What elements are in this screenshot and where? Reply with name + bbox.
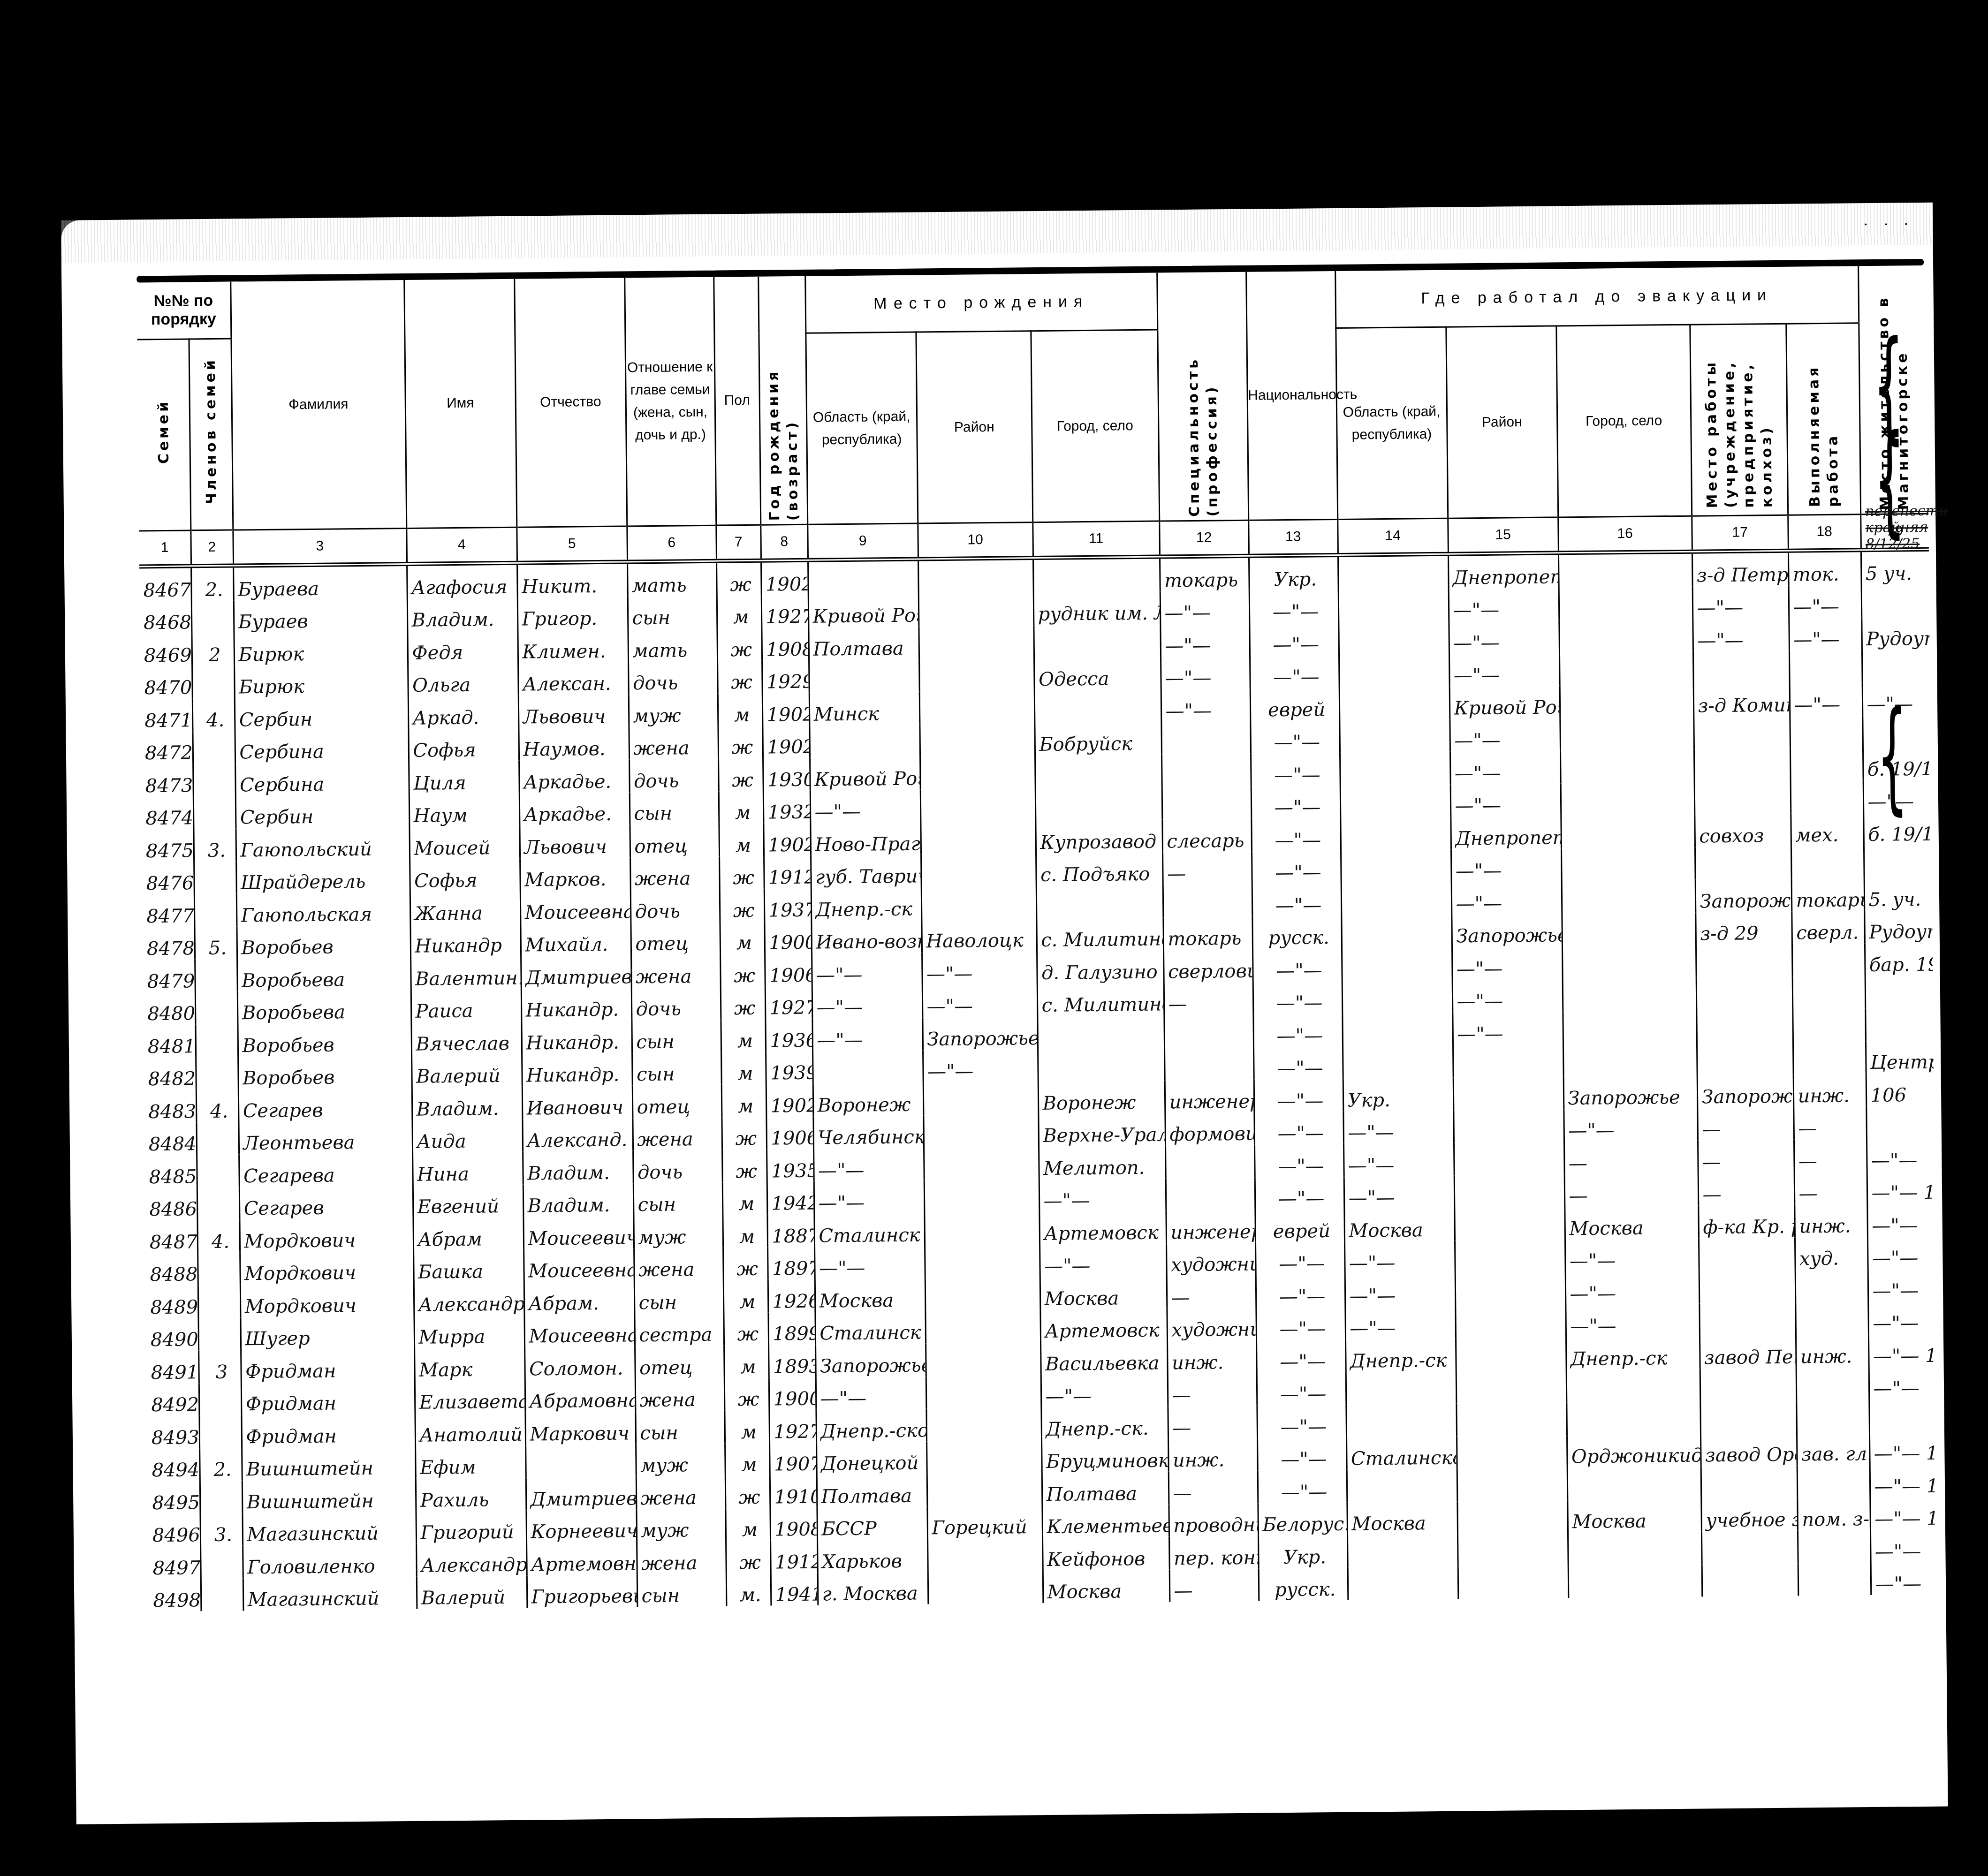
cell-nat: —"— — [1255, 1241, 1345, 1275]
cell-w-place: з-д Коминтерн — [1693, 683, 1790, 717]
cell-obl: —"— — [812, 952, 922, 986]
cell-w-rayon: —"— — [1452, 946, 1563, 980]
col-num: 12 — [1159, 520, 1249, 557]
cell-patr: Наумов. — [518, 727, 629, 761]
header-birthplace-group: Место рождения — [805, 273, 1157, 333]
cell-name: Елизавета — [415, 1380, 525, 1414]
cell-name: Башка — [413, 1249, 524, 1283]
cell-w-rayon: —"— — [1450, 750, 1561, 784]
cell-nat: —"— — [1254, 1144, 1344, 1177]
cell-name: Владим. — [407, 598, 518, 631]
col-num: 8 — [760, 524, 808, 560]
cell-w-rayon — [1457, 1500, 1568, 1534]
header-work-group: Где работал до эвакуации — [1335, 266, 1859, 328]
cell-patr: Михайл. — [520, 923, 631, 956]
cell-rayon — [925, 1245, 1040, 1278]
cell-w-place — [1696, 1009, 1793, 1043]
cell-surname: Магазинский — [242, 1511, 416, 1545]
scan-noise — [61, 203, 1933, 263]
cell-surname: Сегарева — [239, 1153, 413, 1187]
col-num: 1 — [139, 530, 191, 567]
cell-patr: Львович — [518, 694, 629, 728]
cell-nat: —"— — [1251, 753, 1340, 786]
cell-nat: —"— — [1257, 1405, 1346, 1438]
cell-patr: Абрамовна — [525, 1379, 636, 1413]
cell-city — [1036, 885, 1163, 919]
cell-surname: Мордкович — [239, 1218, 413, 1252]
cell-spec: —"— — [1160, 623, 1250, 657]
cell-w-job — [1790, 715, 1863, 749]
cell-surname: Фридман — [241, 1381, 415, 1415]
cell-name: Григорий — [416, 1510, 526, 1544]
cell-surname: Бураева — [233, 564, 407, 600]
cell-year: 1906 — [765, 953, 812, 986]
cell-w-place — [1700, 1368, 1797, 1401]
cell-w-place: завод Орджоникидзе — [1700, 1433, 1797, 1466]
cell-addr: —"— 127 — [1868, 1334, 1937, 1367]
cell-obl: Кривой Рог — [810, 756, 920, 790]
cell-w-city — [1560, 749, 1694, 783]
cell-w-place: ф-ка Кр. роза — [1698, 1205, 1795, 1238]
cell-w-city: —"— — [1565, 1303, 1700, 1337]
cell-spec: художник — [1166, 1242, 1256, 1276]
cell-fam-n: 5. — [194, 926, 237, 959]
cell-fam-n — [198, 1285, 241, 1317]
cell-sex: ж — [717, 660, 762, 693]
cell-spec: художник — [1167, 1308, 1256, 1341]
cell-w-place: — — [1698, 1140, 1794, 1173]
cell-sex: м — [719, 791, 764, 824]
cell-spec — [1161, 721, 1251, 754]
cell-id: 8476 — [142, 862, 194, 895]
cell-addr: Центральная гостиница — [1866, 1040, 1934, 1074]
cell-spec: проводник — [1169, 1503, 1258, 1536]
cell-id: 8477 — [143, 894, 195, 927]
cell-w-rayon — [1457, 1533, 1568, 1566]
cell-city: Кейфонов — [1042, 1536, 1169, 1570]
cell-surname: Бураев — [234, 598, 408, 633]
cell-rayon: —"— — [922, 984, 1038, 1018]
cell-patr: Иванович — [522, 1085, 633, 1119]
cell-w-job — [1796, 1399, 1869, 1433]
cell-nat: —"— — [1249, 622, 1339, 656]
cell-spec: пер. контр. — [1169, 1536, 1259, 1569]
cell-name: Ольга — [408, 663, 518, 696]
cell-w-rayon: —"— — [1449, 588, 1559, 621]
cell-nat: —"— — [1254, 1111, 1343, 1144]
cell-rayon — [926, 1407, 1041, 1441]
cell-w-place — [1696, 944, 1792, 977]
cell-id: 8497 — [149, 1546, 201, 1579]
header-birth-region: Область (край, республика) — [805, 332, 918, 524]
cell-city: Москва — [1043, 1569, 1170, 1603]
cell-nat: —"— — [1252, 948, 1342, 982]
cell-obl — [809, 659, 919, 693]
cell-w-obl: Москва — [1344, 1208, 1455, 1242]
cell-surname: Сербина — [235, 729, 409, 763]
cell-nat: Укр. — [1258, 1535, 1348, 1568]
cell-patr: Никит. — [517, 562, 628, 598]
cell-w-city — [1563, 1010, 1697, 1044]
cell-surname: Головиленко — [243, 1544, 417, 1578]
header-birth-district: Район — [916, 331, 1032, 523]
cell-w-place: —"— — [1692, 585, 1789, 619]
cell-w-obl — [1343, 1045, 1453, 1079]
cell-city: —"— — [1040, 1243, 1167, 1277]
cell-spec: —"— — [1161, 688, 1251, 722]
cell-rel: сын — [637, 1573, 727, 1607]
cell-year: 1935 — [766, 1149, 814, 1182]
cell-w-place: — — [1698, 1172, 1795, 1205]
cell-obl — [812, 1050, 923, 1084]
cell-patr: Абрам. — [524, 1281, 635, 1315]
cell-fam-n — [196, 1057, 238, 1089]
cell-nat: —"— — [1254, 1079, 1343, 1112]
cell-city: —"— — [1039, 1178, 1166, 1212]
col-num: 10 — [918, 522, 1033, 559]
cell-obl: Москва — [815, 1278, 926, 1312]
cell-year: 1906 — [766, 1116, 813, 1149]
cell-w-rayon: —"— — [1449, 718, 1560, 752]
header-families: Семей — [137, 339, 190, 531]
cell-fam-n: 4. — [197, 1219, 240, 1252]
header-surname: Фамилия — [230, 280, 406, 530]
cell-obl: Полтава — [808, 626, 919, 660]
cell-city: рудник им. Ленина — [1033, 591, 1161, 625]
cell-fam-n — [195, 991, 238, 1024]
cell-w-obl — [1342, 947, 1452, 981]
header-work-job: Выполняемая работа — [1786, 323, 1860, 515]
cell-w-obl — [1338, 554, 1449, 590]
cell-surname: Шрайдерель — [236, 859, 410, 893]
cell-addr: 5. уч. — [1864, 877, 1933, 911]
cell-city: Днепр.-ск. — [1041, 1406, 1168, 1440]
cell-spec: — — [1169, 1568, 1259, 1602]
cell-surname: Сербин — [235, 696, 409, 731]
cell-city: Воронеж — [1038, 1081, 1165, 1114]
cell-id: 8498 — [149, 1579, 201, 1612]
cell-spec: —"— — [1161, 656, 1250, 689]
cell-patr: Моисеевна — [524, 1248, 634, 1282]
cell-nat: —"— — [1251, 818, 1341, 851]
cell-spec: слесарь — [1162, 819, 1252, 852]
cell-name: Александра — [416, 1543, 527, 1577]
cell-sex: м — [721, 1019, 766, 1052]
cell-w-city — [1568, 1564, 1702, 1598]
cell-fam-n — [197, 1154, 239, 1187]
cell-w-city: —"— — [1565, 1238, 1699, 1272]
cell-year: 1902 — [762, 725, 810, 758]
cell-sex: м — [722, 1182, 767, 1215]
cell-addr: —"— 128 — [1870, 1497, 1938, 1530]
cell-w-job: мех. — [1791, 813, 1864, 846]
cell-obl: Ивано-вознес. — [811, 920, 922, 953]
cell-patr: Климен. — [517, 629, 628, 663]
cell-obl: —"— — [810, 789, 921, 823]
cell-year: 1893 — [768, 1345, 816, 1377]
cell-w-job: — — [1793, 1106, 1867, 1140]
cell-w-obl: —"— — [1343, 1143, 1454, 1177]
cell-addr — [1864, 845, 1932, 878]
cell-city: Артемовск — [1039, 1210, 1166, 1244]
cell-w-job: инж. — [1793, 1074, 1867, 1107]
cell-nat: —"— — [1249, 590, 1339, 623]
brace-icon: { — [1876, 695, 1909, 817]
cell-w-place: совхоз — [1694, 814, 1791, 847]
cell-nat: —"— — [1257, 1372, 1346, 1405]
crossed-out-note: перенести крайняя 8/12/25 — [1865, 502, 1948, 552]
cell-spec: инж. — [1168, 1438, 1258, 1471]
cell-name: Никандр — [410, 923, 521, 957]
cell-w-rayon — [1456, 1337, 1566, 1371]
cell-year: 1941 — [771, 1573, 818, 1605]
cell-id: 8494 — [148, 1448, 200, 1482]
cell-patr: Артемовна — [526, 1542, 637, 1575]
cell-obl — [809, 724, 920, 758]
cell-year: 1887 — [767, 1214, 814, 1247]
cell-sex: ж — [717, 628, 762, 661]
cell-nat: —"— — [1257, 1437, 1347, 1470]
cell-w-obl: Укр. — [1343, 1078, 1454, 1112]
cell-w-city — [1560, 684, 1694, 718]
cell-sex: м — [725, 1443, 770, 1475]
cell-w-rayon: Днепропетровск — [1448, 553, 1559, 589]
cell-patr: Аркадье. — [519, 792, 630, 826]
cell-w-obl — [1338, 589, 1449, 622]
cell-sex: м — [718, 693, 763, 726]
cell-nat: —"— — [1253, 981, 1343, 1014]
cell-w-rayon — [1456, 1370, 1567, 1404]
cell-spec: — — [1168, 1373, 1257, 1406]
cell-w-city — [1563, 1043, 1697, 1076]
cell-w-city — [1559, 586, 1693, 620]
cell-sex: м — [725, 1508, 770, 1541]
cell-patr: Никандр. — [521, 988, 632, 1021]
cell-obl: Минск — [809, 691, 920, 725]
cell-sex: м — [724, 1345, 769, 1378]
cell-obl: Харьков — [817, 1539, 928, 1573]
cell-w-city — [1562, 880, 1696, 914]
cell-city: Одесса — [1034, 657, 1161, 690]
cell-obl: губ. Таврическая — [811, 855, 921, 888]
cell-patr: Марков. — [520, 857, 630, 891]
cell-w-rayon — [1454, 1174, 1565, 1208]
cell-obl: Днепр.-ск — [811, 887, 922, 921]
cell-w-place — [1696, 976, 1793, 1010]
cell-w-city — [1559, 619, 1693, 653]
cell-w-rayon: —"— — [1451, 848, 1562, 882]
cell-year: 1912 — [770, 1540, 818, 1573]
cell-addr: —"— — [1868, 1269, 1936, 1302]
cell-w-obl: Москва — [1347, 1501, 1457, 1535]
cell-surname: Воробьев — [236, 924, 410, 959]
cell-addr: —"— — [1867, 1236, 1936, 1269]
cell-id: 8481 — [144, 1024, 196, 1058]
cell-rel: сын — [634, 1280, 724, 1314]
cell-city: Васильевка — [1040, 1341, 1168, 1375]
cell-patr: Маркович — [525, 1411, 636, 1445]
cell-id: 8478 — [143, 927, 195, 960]
cell-year: 1902 — [766, 1084, 813, 1117]
cell-name: Вячеслав — [411, 1021, 522, 1055]
cell-name: Анатолий — [415, 1413, 525, 1446]
cell-city: —"— — [1041, 1374, 1168, 1407]
cell-nat: —"— — [1250, 655, 1339, 688]
header-patronymic: Отчество — [514, 278, 627, 527]
document-page: . . . №№ по порядку Фамилия Имя Отчество… — [61, 203, 1948, 1824]
cell-sex: м — [717, 595, 762, 628]
cell-rayon — [926, 1375, 1041, 1409]
cell-spec: сверловщица — [1163, 949, 1253, 983]
header-name: Имя — [404, 279, 516, 529]
cell-city: Бобруйск — [1034, 722, 1161, 756]
cell-w-city: Москва — [1564, 1206, 1699, 1240]
cell-w-obl — [1341, 882, 1452, 916]
cell-fam-n: 2 — [191, 633, 234, 666]
cell-name: Евгений — [413, 1184, 524, 1218]
col-num: 14 — [1337, 518, 1448, 555]
cell-surname: Сербин — [235, 794, 410, 828]
cell-rayon — [919, 723, 1035, 757]
cell-nat: —"— — [1256, 1307, 1345, 1340]
cell-w-rayon: Днепропетровск — [1450, 816, 1561, 849]
cell-fam-n: 3. — [200, 1513, 243, 1546]
cell-rel: жена — [631, 954, 721, 988]
cell-sex: м — [723, 1280, 768, 1313]
cell-city: Артемовск — [1040, 1309, 1167, 1342]
cell-year: 1932 — [763, 790, 811, 823]
cell-w-city: Орджоникидзе — [1567, 1434, 1701, 1468]
cell-addr — [1861, 584, 1930, 617]
scan-marks: . . . — [1863, 212, 1914, 229]
cell-city — [1038, 1048, 1165, 1082]
cell-w-obl — [1346, 1371, 1457, 1405]
cell-w-obl — [1347, 1534, 1458, 1568]
cell-patr: Моисеевна — [524, 1314, 635, 1347]
header-order-number: №№ по порядку — [137, 282, 231, 340]
cell-nat: русск. — [1259, 1567, 1348, 1601]
cell-id: 8484 — [144, 1122, 197, 1156]
cell-rel: сын — [630, 791, 719, 825]
cell-patr — [525, 1444, 636, 1478]
cell-fam-n — [192, 731, 235, 764]
cell-spec — [1161, 754, 1251, 787]
cell-name: Циля — [409, 761, 519, 794]
cell-w-rayon: —"— — [1452, 1011, 1563, 1045]
cell-fam-n — [198, 1317, 241, 1350]
cell-surname: Воробьева — [237, 990, 411, 1024]
cell-fam-n — [200, 1545, 243, 1578]
cell-spec: — — [1168, 1406, 1257, 1439]
cell-w-place: Запорожсталь — [1697, 1074, 1794, 1108]
cell-nat: еврей — [1250, 688, 1340, 721]
cell-city — [1033, 557, 1160, 593]
col-num: 18 — [1788, 514, 1861, 551]
header-birth-year: Год рождения (возраст) — [758, 276, 807, 525]
cell-addr: Рудоуправ. 19/17 — [1861, 617, 1930, 650]
cell-surname: Гаюпольская — [236, 892, 410, 926]
cell-rayon — [918, 625, 1034, 659]
cell-spec — [1164, 1014, 1253, 1048]
cell-rayon — [924, 1212, 1040, 1246]
cell-year: 1937 — [764, 888, 812, 921]
cell-year: 1900 — [764, 921, 812, 953]
cell-w-obl — [1339, 719, 1450, 753]
cell-w-place — [1701, 1531, 1798, 1564]
cell-surname: Магазинский — [243, 1576, 417, 1611]
cell-fam-n — [197, 1252, 240, 1285]
header-family-members: Членов семей — [189, 339, 233, 530]
cell-rel: сын — [635, 1411, 725, 1444]
cell-year: 1899 — [768, 1312, 815, 1345]
cell-w-obl: —"— — [1345, 1273, 1456, 1307]
cell-w-rayon: —"— — [1452, 979, 1563, 1013]
cell-surname: Фридман — [241, 1414, 415, 1448]
header-nationality: Национальность — [1246, 271, 1337, 520]
cell-rayon — [921, 854, 1036, 887]
cell-w-rayon: Запорожье — [1451, 914, 1562, 947]
cell-patr: Григорьевич — [527, 1574, 637, 1608]
cell-name: Моисей — [409, 826, 520, 860]
cell-rayon — [926, 1342, 1041, 1376]
cell-id: 8467 — [139, 566, 191, 601]
cell-w-place: Запорожсталь — [1695, 879, 1792, 912]
cell-rayon — [927, 1473, 1042, 1506]
cell-addr: бар. 19/13 — [1865, 943, 1933, 976]
cell-addr — [1862, 649, 1930, 682]
cell-w-job — [1793, 1041, 1866, 1074]
cell-rel: жена — [634, 1248, 723, 1281]
cell-obl: Днепр.-ской — [816, 1408, 926, 1442]
cell-rel: жена — [632, 1117, 722, 1150]
cell-patr: Аркадье. — [519, 759, 630, 793]
cell-patr: Никандр. — [521, 1020, 632, 1054]
cell-name: Жанна — [410, 891, 521, 925]
cell-rayon — [925, 1310, 1040, 1344]
cell-city — [1037, 1015, 1164, 1049]
cell-id: 8489 — [146, 1285, 198, 1318]
cell-w-job: —"— — [1789, 585, 1862, 618]
cell-rel: муж — [636, 1508, 726, 1542]
cell-surname: Фридман — [241, 1348, 415, 1383]
cell-w-job: —"— — [1790, 682, 1863, 716]
cell-addr — [1866, 1105, 1935, 1139]
cell-surname: Мордкович — [240, 1250, 414, 1285]
cell-obl: Воронеж — [813, 1082, 924, 1116]
cell-spec: формовщ. — [1165, 1112, 1254, 1145]
cell-fam-n — [194, 893, 237, 926]
cell-addr: —"— — [1871, 1562, 1939, 1595]
cell-obl: БССР — [817, 1506, 927, 1540]
cell-name: Валентин. — [410, 956, 521, 990]
cell-fam-n — [199, 1383, 242, 1415]
cell-rel: сын — [633, 1182, 723, 1216]
cell-w-obl — [1339, 687, 1450, 720]
cell-sex: ж — [723, 1247, 768, 1280]
cell-w-city — [1567, 1467, 1701, 1500]
cell-w-city — [1559, 651, 1693, 685]
cell-sex: ж — [720, 954, 765, 987]
cell-sex: ж — [716, 560, 761, 596]
cell-sex: ж — [722, 1150, 767, 1182]
cell-w-job — [1792, 976, 1866, 1009]
cell-nat: —"— — [1253, 1046, 1343, 1079]
cell-rel: мать — [627, 561, 717, 597]
cell-surname: Воробьева — [237, 957, 411, 991]
cell-w-city — [1568, 1532, 1702, 1566]
header-work-city: Город, село — [1556, 325, 1692, 517]
cell-w-place — [1701, 1466, 1798, 1499]
